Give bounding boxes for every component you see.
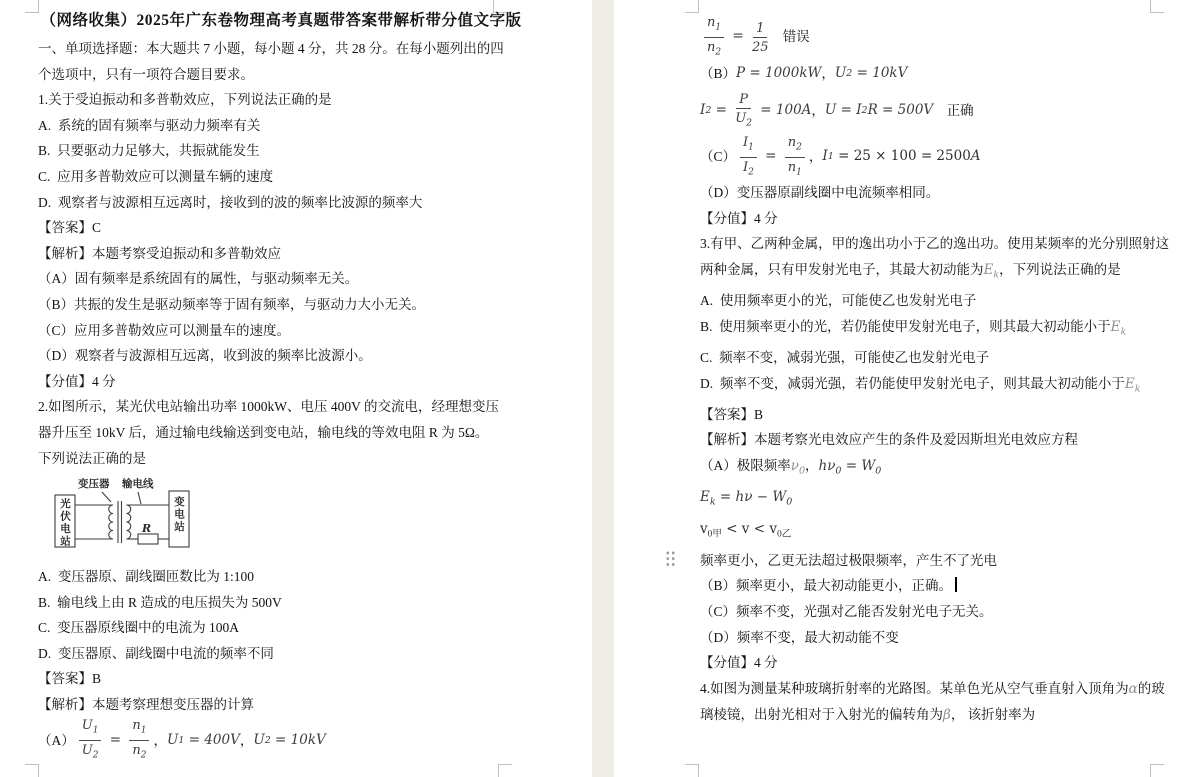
- q3-stem-line-1[interactable]: 3.有甲、乙两种金属，甲的逸出功小于乙的逸出功。使用某频率的光分别照射这: [700, 231, 1174, 257]
- q2-score[interactable]: 【分值】4 分: [700, 206, 1174, 232]
- powerline-pointer-line: [138, 492, 141, 504]
- q2-analysis-a-formula[interactable]: （A）U1U2 = n1n2，U1 = 400V，U2 = 10kV: [38, 718, 524, 764]
- q2-option-b[interactable]: B. 输电线上由 R 造成的电压损失为 500V: [38, 590, 524, 616]
- q1-analysis-a[interactable]: （A）固有频率是系统固有的属性，与驱动频率无关。: [38, 266, 524, 292]
- q3-option-b[interactable]: B. 使用频率更小的光，若仍能使甲发射光电子，则其最大初动能小于Ek: [700, 314, 1174, 345]
- pv-station-label: 光伏电站: [58, 498, 70, 548]
- q3-stem-line-2[interactable]: 两种金属，只有甲发射光电子，其最大初动能为Ek，下列说法正确的是: [700, 257, 1174, 288]
- resistor-label: R: [141, 522, 151, 535]
- text-boundary-mark: [685, 0, 699, 13]
- q3-option-d[interactable]: D. 频率不变，减弱光强，若仍能使甲发射光电子，则其最大初动能小于Ek: [700, 371, 1174, 402]
- q2-option-a[interactable]: A. 变压器原、副线圈匝数比为 1:100: [38, 564, 524, 590]
- resistor-box: [138, 534, 158, 544]
- q2-stem-line-1[interactable]: 2.如图所示，某光伏电站输出功率 1000kW、电压 400V 的交流电，经理想…: [38, 394, 524, 420]
- substation-label: 变电站: [172, 496, 184, 534]
- q1-option-a[interactable]: A. 系统的固有频率与驱动力频率有关: [38, 113, 524, 139]
- q3-einstein-equation[interactable]: Ek = hν − W0: [700, 484, 1174, 515]
- q1-answer[interactable]: 【答案】C: [38, 215, 524, 241]
- q1-analysis-d[interactable]: （D）观察者与波源相互远离，收到波的频率比波源小。: [38, 343, 524, 369]
- q2-stem-line-2[interactable]: 器升压至 10kV 后，通过输电线输送到变电站，输电线的等效电阻 R 为 5Ω。: [38, 420, 524, 446]
- q2-circuit-figure[interactable]: R 变压器 输电线 光伏电站 变电站: [52, 479, 194, 555]
- q3-analysis-a-text[interactable]: 频率更小，乙更无法超过极限频率，产生不了光电: [700, 548, 1174, 574]
- q3-score[interactable]: 【分值】4 分: [700, 650, 1174, 676]
- text-boundary-mark: [1150, 764, 1164, 777]
- text-boundary-mark: [25, 764, 39, 777]
- q3-analysis[interactable]: 【解析】本题考察光电效应产生的条件及爱因斯坦光电效应方程: [700, 427, 1174, 453]
- q2-answer[interactable]: 【答案】B: [38, 666, 524, 692]
- q2-analysis-b-formula-1[interactable]: （B）P = 1000kW，U2 = 10kV: [700, 60, 1174, 88]
- q4-stem-line-1[interactable]: 4.如图为测量某种玻璃折射率的光路图。某单色光从空气垂直射入顶角为α的玻: [700, 676, 1174, 703]
- q3-answer[interactable]: 【答案】B: [700, 402, 1174, 428]
- page-2[interactable]: n1n2 = 125 错误 （B）P = 1000kW，U2 = 10kV I2…: [614, 0, 1185, 777]
- doc-title[interactable]: （网络收集）2025年广东卷物理高考真题带答案带解析带分值文字版: [38, 5, 524, 36]
- q1-option-b[interactable]: B. 只要驱动力足够大，共振就能发生: [38, 138, 524, 164]
- q2-analysis[interactable]: 【解析】本题考察理想变压器的计算: [38, 692, 524, 718]
- q2-analysis-b-formula-2[interactable]: I2 = PU2 = 100A，U = I2R = 500V 正确: [700, 88, 1174, 134]
- q1-analysis[interactable]: 【解析】本题考察受迫振动和多普勒效应: [38, 241, 524, 267]
- q3-analysis-a-formula[interactable]: （A）极限频率ν0，hν0 = W0: [700, 453, 1174, 484]
- section-1-header-line-1[interactable]: 一、单项选择题：本大题共 7 小题，每小题 4 分，共 28 分。在每小题列出的…: [38, 36, 524, 62]
- q2-option-d[interactable]: D. 变压器原、副线圈中电流的频率不同: [38, 641, 524, 667]
- section-1-header-line-2[interactable]: 个选项中，只有一项符合题目要求。: [38, 62, 524, 88]
- transformer-core: [118, 501, 122, 543]
- q1-option-d[interactable]: D. 观察者与波源相互远离时，接收到的波的频率比波源的频率大: [38, 190, 524, 216]
- q1-option-c[interactable]: C. 应用多普勒效应可以测量车辆的速度: [38, 164, 524, 190]
- q2-analysis-c-formula[interactable]: （C）I1I2 = n2n1，I1 = 25 × 100 = 2500A: [700, 134, 1174, 180]
- text-boundary-mark: [685, 764, 699, 777]
- page-2-text[interactable]: n1n2 = 125 错误 （B）P = 1000kW，U2 = 10kV I2…: [700, 14, 1174, 729]
- secondary-coil: [127, 505, 131, 539]
- paragraph-drag-handle-icon[interactable]: [665, 550, 677, 567]
- q1-analysis-c[interactable]: （C）应用多普勒效应可以测量车的速度。: [38, 318, 524, 344]
- text-boundary-mark: [498, 764, 512, 777]
- q1-stem[interactable]: 1.关于受迫振动和多普勒效应，下列说法正确的是: [38, 87, 524, 113]
- page-1-text[interactable]: （网络收集）2025年广东卷物理高考真题带答案带解析带分值文字版 一、单项选择题…: [38, 5, 524, 764]
- q3-analysis-b-with-cursor[interactable]: （B）频率更小，最大初动能更小，正确。: [700, 573, 1174, 599]
- q1-analysis-b[interactable]: （B）共振的发生是驱动频率等于固有频率，与驱动力大小无关。: [38, 292, 524, 318]
- transformer-label: 变压器: [78, 479, 110, 491]
- q2-option-c[interactable]: C. 变压器原线圈中的电流为 100A: [38, 615, 524, 641]
- text-boundary-mark: [25, 0, 39, 13]
- q3-frequency-inequality[interactable]: v0甲 < v < v0乙: [700, 516, 1174, 548]
- q1-score[interactable]: 【分值】4 分: [38, 369, 524, 395]
- text-boundary-mark: [1150, 0, 1164, 13]
- q2-analysis-d[interactable]: （D）变压器原副线圈中电流频率相同。: [700, 180, 1174, 206]
- q3-analysis-d[interactable]: （D）频率不变，最大初动能不变: [700, 625, 1174, 651]
- page-1[interactable]: （网络收集）2025年广东卷物理高考真题带答案带解析带分值文字版 一、单项选择题…: [0, 0, 592, 777]
- q3-analysis-c[interactable]: （C）频率不变，光强对乙能否发射光电子无关。: [700, 599, 1174, 625]
- powerline-label: 输电线: [122, 479, 154, 491]
- document-canvas: （网络收集）2025年广东卷物理高考真题带答案带解析带分值文字版 一、单项选择题…: [0, 0, 1185, 777]
- q2-analysis-a-formula-2[interactable]: n1n2 = 125 错误: [700, 14, 1174, 60]
- q3-option-c[interactable]: C. 频率不变，减弱光强，可能使乙也发射光电子: [700, 345, 1174, 371]
- primary-coil: [109, 505, 113, 539]
- q2-stem-line-3[interactable]: 下列说法正确的是: [38, 446, 524, 472]
- q4-stem-line-2[interactable]: 璃棱镜，出射光相对于入射光的偏转角为β， 该折射率为: [700, 702, 1174, 729]
- q3-option-a[interactable]: A. 使用频率更小的光，可能使乙也发射光电子: [700, 288, 1174, 314]
- transformer-pointer-line: [102, 492, 111, 502]
- page-gap: [592, 0, 614, 777]
